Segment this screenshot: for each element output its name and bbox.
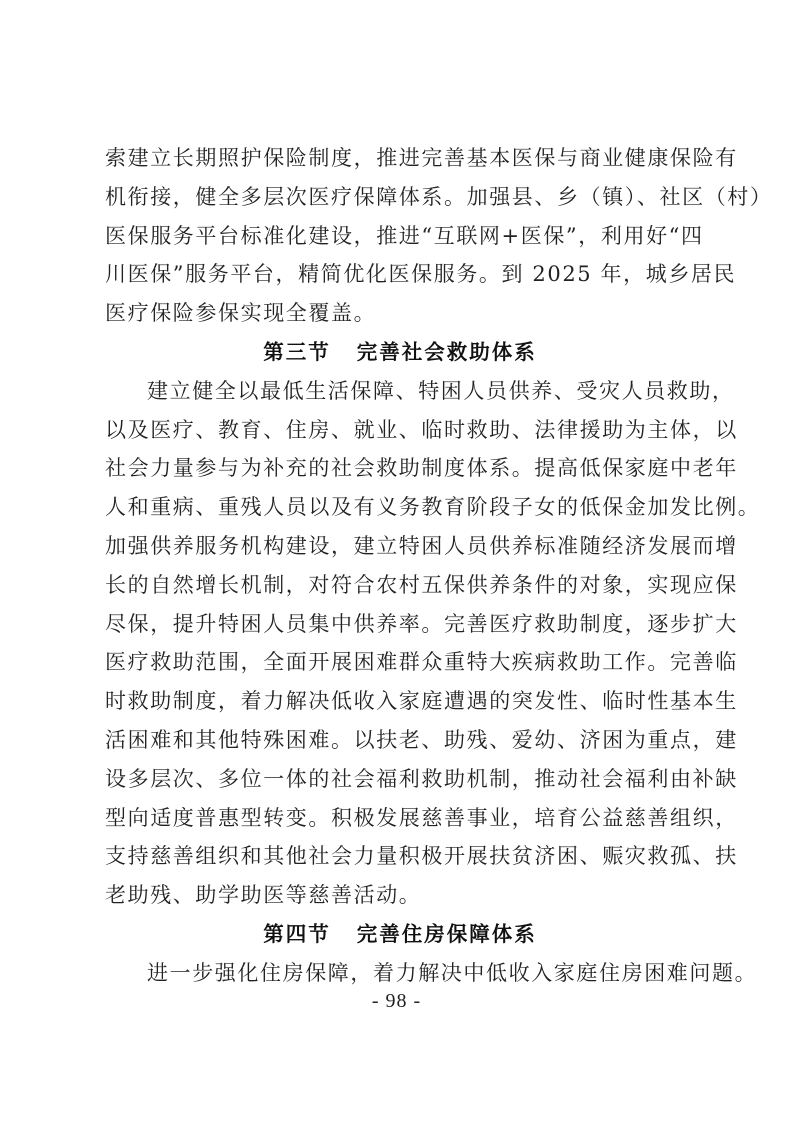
text-line: 医疗救助范围，全面开展困难群众重特大疾病救助工作。完善临 xyxy=(105,643,695,682)
document-page: 索建立长期照护保险制度，推进完善基本医保与商业健康保险有 机衔接，健全多层次医疗… xyxy=(0,0,793,1122)
text-line: 进一步强化住房保障，着力解决中低收入家庭住房困难问题。 xyxy=(105,954,695,993)
text-line: 支持慈善组织和其他社会力量积极开展扶贫济困、赈灾救孤、扶 xyxy=(105,837,695,876)
text-line: 社会力量参与为补充的社会救助制度体系。提高低保家庭中老年 xyxy=(105,449,695,488)
text-line: 设多层次、多位一体的社会福利救助机制，推动社会福利由补缺 xyxy=(105,760,695,799)
text-line: 索建立长期照护保险制度，推进完善基本医保与商业健康保险有 xyxy=(105,139,695,178)
text-line: 长的自然增长机制，对符合农村五保供养条件的对象，实现应保 xyxy=(105,566,695,605)
section-title: 完善住房保障体系 xyxy=(357,922,537,946)
section-title: 完善社会救助体系 xyxy=(357,340,537,364)
paragraph-medical-insurance: 索建立长期照护保险制度，推进完善基本医保与商业健康保险有 机衔接，健全多层次医疗… xyxy=(105,139,695,333)
text-line: 以及医疗、教育、住房、就业、临时救助、法律援助为主体，以 xyxy=(105,411,695,450)
text-line: 加强供养服务机构建设，建立特困人员供养标准随经济发展而增 xyxy=(105,527,695,566)
text-line: 老助残、助学助医等慈善活动。 xyxy=(105,876,695,915)
text-line: 尽保，提升特困人员集中供养率。完善医疗救助制度，逐步扩大 xyxy=(105,605,695,644)
text-line: 建立健全以最低生活保障、特困人员供养、受灾人员救助， xyxy=(105,372,695,411)
text-line: 医保服务平台标准化建设，推进“互联网+医保”，利用好“四 xyxy=(105,217,695,256)
section-number: 第三节 xyxy=(263,340,331,364)
section-heading-3: 第三节完善社会救助体系 xyxy=(105,333,695,372)
page-number: - 98 - xyxy=(0,990,793,1013)
section-heading-4: 第四节完善住房保障体系 xyxy=(105,915,695,954)
paragraph-housing: 进一步强化住房保障，着力解决中低收入家庭住房困难问题。 xyxy=(105,954,695,993)
text-line: 时救助制度，着力解决低收入家庭遭遇的突发性、临时性基本生 xyxy=(105,682,695,721)
section-number: 第四节 xyxy=(263,922,331,946)
text-line: 活困难和其他特殊困难。以扶老、助残、爱幼、济困为重点，建 xyxy=(105,721,695,760)
document-body: 索建立长期照护保险制度，推进完善基本医保与商业健康保险有 机衔接，健全多层次医疗… xyxy=(105,139,695,993)
text-line: 人和重病、重残人员以及有义务教育阶段子女的低保金加发比例。 xyxy=(105,488,695,527)
paragraph-social-assistance: 建立健全以最低生活保障、特困人员供养、受灾人员救助， 以及医疗、教育、住房、就业… xyxy=(105,372,695,915)
text-line: 医疗保险参保实现全覆盖。 xyxy=(105,294,695,333)
text-line: 型向适度普惠型转变。积极发展慈善事业，培育公益慈善组织， xyxy=(105,799,695,838)
text-line: 机衔接，健全多层次医疗保障体系。加强县、乡（镇）、社区（村） xyxy=(105,178,695,217)
text-line: 川医保”服务平台，精简优化医保服务。到 2025 年，城乡居民 xyxy=(105,255,695,294)
